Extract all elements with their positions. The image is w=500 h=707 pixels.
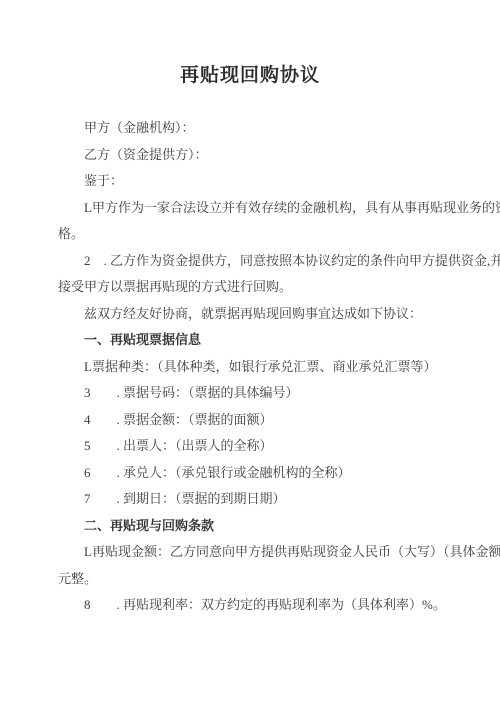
document-line: 4 . 票据金额：（票据的面额） bbox=[58, 407, 450, 434]
document-line: 乙方（资金提供方）： bbox=[58, 142, 450, 169]
document-line: L甲方作为一家合法设立并有效存续的金融机构，具有从事再贴现业务的资 bbox=[58, 195, 450, 222]
document-line: 二、再贴现与回购条款 bbox=[58, 513, 450, 540]
document-title: 再贴现回购协议 bbox=[0, 60, 500, 87]
document-line: L再贴现金额：乙方同意向甲方提供再贴现资金人民币（大写）（具体金额） bbox=[58, 539, 450, 566]
document-line: 鉴于： bbox=[58, 168, 450, 195]
document-line: L票据种类：（具体种类，如银行承兑汇票、商业承兑汇票等） bbox=[58, 354, 450, 381]
document-line: 7 . 到期日：（票据的到期日期） bbox=[58, 486, 450, 513]
document-line: 5 . 出票人：（出票人的全称） bbox=[58, 433, 450, 460]
document-line: 兹双方经友好协商，就票据再贴现回购事宜达成如下协议： bbox=[58, 301, 450, 328]
document-line: 格。 bbox=[58, 221, 450, 248]
document-line: 甲方（金融机构）： bbox=[58, 115, 450, 142]
document-line: 8 . 再贴现利率：双方约定的再贴现利率为（具体利率）%。 bbox=[58, 592, 450, 619]
document-line: 3 . 票据号码：（票据的具体编号） bbox=[58, 380, 450, 407]
document-page: 再贴现回购协议 甲方（金融机构）：乙方（资金提供方）：鉴于：L甲方作为一家合法设… bbox=[0, 0, 500, 707]
document-line: 接受甲方以票据再贴现的方式进行回购。 bbox=[58, 274, 450, 301]
document-line: 一、再贴现票据信息 bbox=[58, 327, 450, 354]
document-line: 2 . 乙方作为资金提供方，同意按照本协议约定的条件向甲方提供资金,并 bbox=[58, 248, 450, 275]
document-body: 甲方（金融机构）：乙方（资金提供方）：鉴于：L甲方作为一家合法设立并有效存续的金… bbox=[58, 115, 450, 619]
document-line: 6 . 承兑人：（承兑银行或金融机构的全称） bbox=[58, 460, 450, 487]
document-line: 元整。 bbox=[58, 566, 450, 593]
